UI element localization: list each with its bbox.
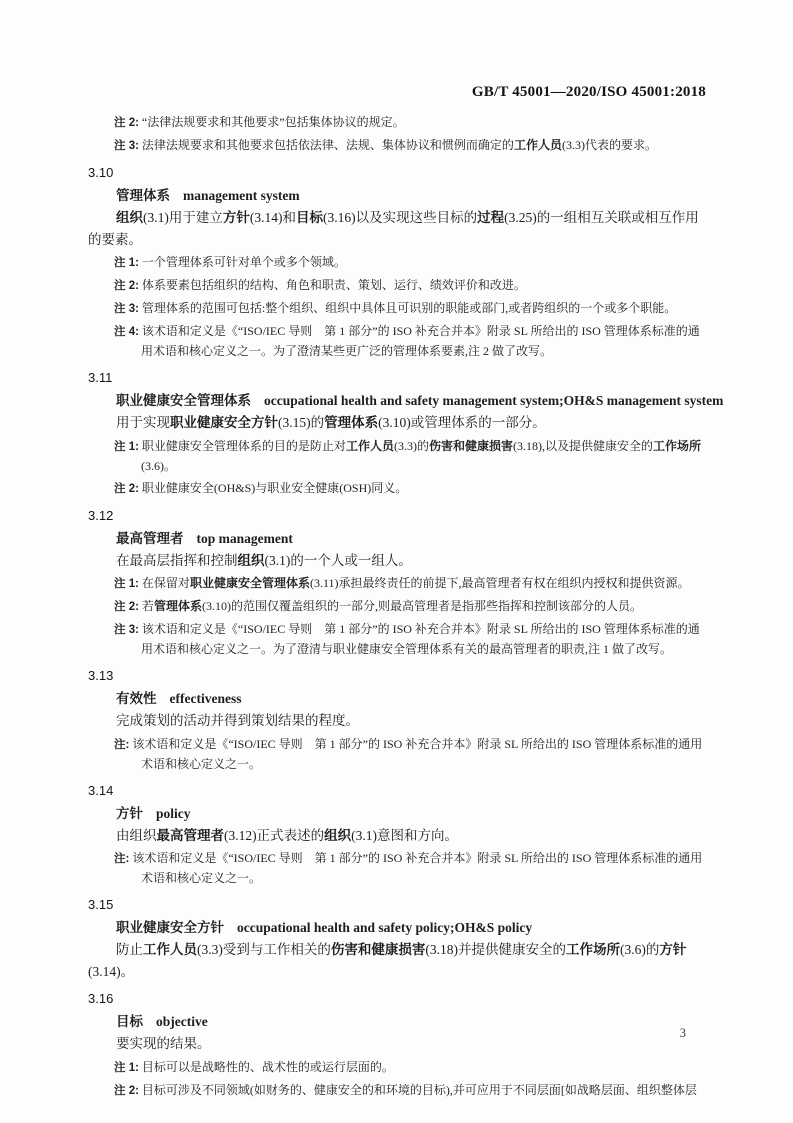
term-definition: 在最高层指挥和控制组织(3.1)的一个人或一组人。: [88, 550, 708, 572]
bold-term-reference: 管理体系: [324, 415, 378, 430]
term-section: 3.14方针policy由组织最高管理者(3.12)正式表述的组织(3.1)意图…: [88, 782, 708, 889]
note-label: 注:: [114, 853, 129, 865]
bold-term-reference: 组织: [324, 828, 351, 843]
note-label: 注 3:: [114, 140, 139, 152]
note-label: 注 2:: [114, 117, 139, 129]
term-line: 职业健康安全管理体系occupational health and safety…: [116, 390, 708, 411]
term-definition: 组织(3.1)用于建立方针(3.14)和目标(3.16)以及实现这些目标的过程(…: [88, 207, 708, 250]
terms-and-definitions: 3.10管理体系management system组织(3.1)用于建立方针(3…: [88, 164, 708, 1101]
text-run: (3.14)和: [250, 210, 296, 225]
term-chinese: 方针: [116, 806, 143, 821]
text-run: 由组织: [116, 828, 157, 843]
term-chinese: 目标: [116, 1014, 143, 1029]
document-page: GB/T 45001—2020/ISO 45001:2018 注 2:“法律法规…: [0, 0, 793, 1123]
section-number: 3.12: [88, 507, 708, 524]
notes-block: 注 1:在保留对职业健康安全管理体系(3.11)承担最终责任的前提下,最高管理者…: [88, 574, 708, 659]
text-run: 法律法规要求和其他要求包括依法律、法规、集体协议和惯例而确定的: [142, 138, 514, 152]
note: 注 3:该术语和定义是《“ISO/IEC 导则 第 1 部分”的 ISO 补充合…: [88, 620, 708, 659]
bold-term-reference: 方针: [659, 942, 686, 957]
text-run: 职业健康安全(OH&S)与职业安全健康(OSH)同义。: [142, 481, 407, 495]
text-run: 在最高层指挥和控制: [116, 553, 238, 568]
term-definition: 用于实现职业健康安全方针(3.15)的管理体系(3.10)或管理体系的一部分。: [88, 412, 708, 434]
text-run: 若: [142, 599, 154, 613]
term-line: 方针policy: [116, 803, 708, 824]
text-run: (3.3)的: [394, 439, 429, 453]
note-label: 注 2:: [114, 483, 139, 495]
section-number: 3.15: [88, 896, 708, 913]
text-run: (3.10)或管理体系的一部分。: [378, 415, 546, 430]
note-label: 注 2:: [114, 280, 139, 292]
term-section: 3.15职业健康安全方针occupational health and safe…: [88, 896, 708, 982]
section-number: 3.13: [88, 667, 708, 684]
term-section: 3.10管理体系management system组织(3.1)用于建立方针(3…: [88, 164, 708, 361]
note: 注 2:“法律法规要求和其他要求”包括集体协议的规定。: [88, 113, 708, 133]
note: 注:该术语和定义是《“ISO/IEC 导则 第 1 部分”的 ISO 补充合并本…: [88, 849, 708, 888]
bold-term-reference: 工作人员: [143, 942, 197, 957]
bold-term-reference: 过程: [477, 210, 504, 225]
notes-block: 注:该术语和定义是《“ISO/IEC 导则 第 1 部分”的 ISO 补充合并本…: [88, 849, 708, 888]
standard-number-header: GB/T 45001—2020/ISO 45001:2018: [472, 84, 706, 101]
bold-term-reference: 组织: [238, 553, 265, 568]
term-chinese: 有效性: [116, 691, 157, 706]
term-english: occupational health and safety policy;OH…: [237, 920, 532, 935]
note-label: 注 3:: [114, 303, 139, 315]
term-english: management system: [183, 188, 300, 203]
bold-term-reference: 工作场所: [653, 439, 701, 453]
section-number: 3.10: [88, 164, 708, 181]
note: 注 3:法律法规要求和其他要求包括依法律、法规、集体协议和惯例而确定的工作人员(…: [88, 136, 708, 156]
bold-term-reference: 伤害和健康损害: [331, 942, 426, 957]
note: 注 3:管理体系的范围可包括:整个组织、组织中具体且可识别的职能或部门,或者跨组…: [88, 299, 708, 319]
term-section: 3.11职业健康安全管理体系occupational health and sa…: [88, 369, 708, 499]
text-run: (3.12)正式表述的: [224, 828, 324, 843]
note-label: 注 2:: [114, 1085, 139, 1097]
note: 注 2:体系要素包括组织的结构、角色和职责、策划、运行、绩效评价和改进。: [88, 276, 708, 296]
note: 注 1:目标可以是战略性的、战术性的或运行层面的。: [88, 1058, 708, 1078]
text-run: (3.1)意图和方向。: [351, 828, 458, 843]
bold-term-reference: 职业健康安全管理体系: [190, 576, 310, 590]
note-label: 注 1:: [114, 257, 139, 269]
bold-term-reference: 管理体系: [154, 599, 202, 613]
term-line: 管理体系management system: [116, 185, 708, 206]
note-label: 注 4:: [114, 326, 139, 338]
note-label: 注:: [114, 739, 129, 751]
note: 注:该术语和定义是《“ISO/IEC 导则 第 1 部分”的 ISO 补充合并本…: [88, 735, 708, 774]
text-run: 目标可以是战略性的、战术性的或运行层面的。: [142, 1060, 394, 1074]
bold-term-reference: 目标: [296, 210, 323, 225]
term-section: 3.13有效性effectiveness完成策划的活动并得到策划结果的程度。注:…: [88, 667, 708, 774]
term-line: 目标objective: [116, 1011, 708, 1032]
text-run: 体系要素包括组织的结构、角色和职责、策划、运行、绩效评价和改进。: [142, 278, 526, 292]
bold-term-reference: 工作场所: [566, 942, 620, 957]
text-run: 防止: [116, 942, 143, 957]
term-section: 3.16目标objective要实现的结果。注 1:目标可以是战略性的、战术性的…: [88, 990, 708, 1101]
text-run: (3.6)。: [141, 459, 176, 473]
bold-term-reference: 伤害和健康损害: [429, 439, 513, 453]
bold-term-reference: 方针: [223, 210, 250, 225]
term-english: policy: [156, 806, 191, 821]
term-section: 3.12最高管理者top management在最高层指挥和控制组织(3.1)的…: [88, 507, 708, 660]
text-run: (3.1)用于建立: [143, 210, 223, 225]
term-english: objective: [156, 1014, 208, 1029]
document-content: 注 2:“法律法规要求和其他要求”包括集体协议的规定。注 3:法律法规要求和其他…: [88, 110, 708, 1104]
term-definition: 由组织最高管理者(3.12)正式表述的组织(3.1)意图和方向。: [88, 825, 708, 847]
text-run: (3.15)的: [278, 415, 324, 430]
text-run: (3.11)承担最终责任的前提下,最高管理者有权在组织内授权和提供资源。: [310, 576, 690, 590]
note-label: 注 1:: [114, 441, 139, 453]
term-english: top management: [197, 531, 293, 546]
note: 注 1:职业健康安全管理体系的目的是防止对工作人员(3.3)的伤害和健康损害(3…: [88, 437, 708, 476]
text-run: 要实现的结果。: [116, 1036, 211, 1051]
text-run: 目标可涉及不同领域(如财务的、健康安全的和环境的目标),并可应用于不同层面[如战…: [142, 1083, 697, 1097]
text-run: 该术语和定义是《“ISO/IEC 导则 第 1 部分”的 ISO 补充合并本》附…: [141, 324, 700, 358]
text-run: 该术语和定义是《“ISO/IEC 导则 第 1 部分”的 ISO 补充合并本》附…: [132, 851, 702, 885]
bold-term-reference: 组织: [116, 210, 143, 225]
notes-block: 注 1:目标可以是战略性的、战术性的或运行层面的。注 2:目标可涉及不同领域(如…: [88, 1058, 708, 1101]
text-run: 在保留对: [142, 576, 190, 590]
note: 注 1:一个管理体系可针对单个或多个领域。: [88, 253, 708, 273]
term-english: effectiveness: [170, 691, 242, 706]
note: 注 2:目标可涉及不同领域(如财务的、健康安全的和环境的目标),并可应用于不同层…: [88, 1081, 708, 1101]
text-run: 该术语和定义是《“ISO/IEC 导则 第 1 部分”的 ISO 补充合并本》附…: [132, 737, 702, 771]
text-run: (3.6)的: [620, 942, 659, 957]
page-number: 3: [680, 1026, 686, 1041]
text-run: (3.3)代表的要求。: [562, 138, 657, 152]
text-run: “法律法规要求和其他要求”包括集体协议的规定。: [142, 115, 405, 129]
term-definition: 要实现的结果。: [88, 1033, 708, 1055]
section-number: 3.16: [88, 990, 708, 1007]
term-chinese: 职业健康安全方针: [116, 920, 224, 935]
bold-term-reference: 职业健康安全方针: [170, 415, 278, 430]
term-chinese: 最高管理者: [116, 531, 184, 546]
term-chinese: 职业健康安全管理体系: [116, 393, 251, 408]
text-run: (3.1)的一个人或一组人。: [265, 553, 412, 568]
term-english: occupational health and safety managemen…: [264, 393, 723, 408]
text-run: 完成策划的活动并得到策划结果的程度。: [116, 713, 359, 728]
text-run: (3.18)并提供健康安全的: [425, 942, 566, 957]
term-chinese: 管理体系: [116, 188, 170, 203]
text-run: 管理体系的范围可包括:整个组织、组织中具体且可识别的职能或部门,或者跨组织的一个…: [142, 301, 676, 315]
note: 注 1:在保留对职业健康安全管理体系(3.11)承担最终责任的前提下,最高管理者…: [88, 574, 708, 594]
text-run: (3.3)受到与工作相关的: [197, 942, 331, 957]
term-definition: 完成策划的活动并得到策划结果的程度。: [88, 710, 708, 732]
notes-block: 注:该术语和定义是《“ISO/IEC 导则 第 1 部分”的 ISO 补充合并本…: [88, 735, 708, 774]
notes-block: 注 1:一个管理体系可针对单个或多个领域。注 2:体系要素包括组织的结构、角色和…: [88, 253, 708, 361]
note-label: 注 3:: [114, 624, 139, 636]
text-run: (3.14)。: [88, 964, 134, 979]
term-line: 有效性effectiveness: [116, 688, 708, 709]
notes-block: 注 1:职业健康安全管理体系的目的是防止对工作人员(3.3)的伤害和健康损害(3…: [88, 437, 708, 499]
note: 注 2:若管理体系(3.10)的范围仅覆盖组织的一部分,则最高管理者是指那些指挥…: [88, 597, 708, 617]
term-line: 职业健康安全方针occupational health and safety p…: [116, 917, 708, 938]
text-run: (3.18),以及提供健康安全的: [513, 439, 653, 453]
note: 注 2:职业健康安全(OH&S)与职业安全健康(OSH)同义。: [88, 479, 708, 499]
note: 注 4:该术语和定义是《“ISO/IEC 导则 第 1 部分”的 ISO 补充合…: [88, 322, 708, 361]
bold-term-reference: 工作人员: [346, 439, 394, 453]
text-run: 用于实现: [116, 415, 170, 430]
note-label: 注 2:: [114, 601, 139, 613]
text-run: (3.10)的范围仅覆盖组织的一部分,则最高管理者是指那些指挥和控制该部分的人员…: [202, 599, 642, 613]
note-label: 注 1:: [114, 1062, 139, 1074]
bold-term-reference: 最高管理者: [157, 828, 225, 843]
section-number: 3.11: [88, 369, 708, 386]
term-line: 最高管理者top management: [116, 528, 708, 549]
bold-term-reference: 工作人员: [514, 138, 562, 152]
carryover-notes: 注 2:“法律法规要求和其他要求”包括集体协议的规定。注 3:法律法规要求和其他…: [88, 113, 708, 156]
text-run: 该术语和定义是《“ISO/IEC 导则 第 1 部分”的 ISO 补充合并本》附…: [141, 622, 700, 656]
text-run: (3.16)以及实现这些目标的: [323, 210, 477, 225]
section-number: 3.14: [88, 782, 708, 799]
text-run: 职业健康安全管理体系的目的是防止对: [142, 439, 346, 453]
note-label: 注 1:: [114, 578, 139, 590]
text-run: 一个管理体系可针对单个或多个领域。: [142, 255, 346, 269]
term-definition: 防止工作人员(3.3)受到与工作相关的伤害和健康损害(3.18)并提供健康安全的…: [88, 939, 708, 982]
